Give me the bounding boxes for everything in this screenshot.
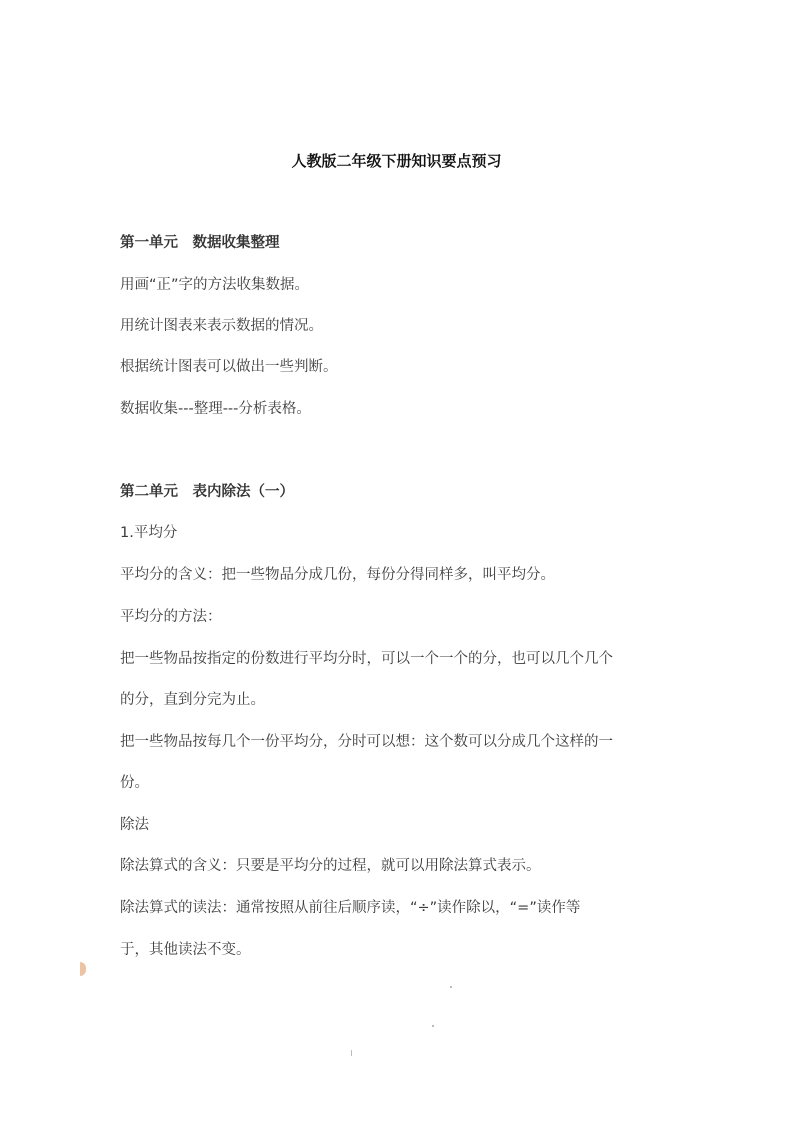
document-title: 人教版二年级下册知识要点预习 (0, 150, 793, 171)
subheading: 除法 (120, 815, 149, 835)
paragraph: 把一些物品按指定的份数进行平均分时，可以一个一个的分，也可以几个几个 (120, 649, 613, 669)
paragraph: 除法算式的含义：只要是平均分的过程，就可以用除法算式表示。 (120, 856, 541, 876)
paragraph: 数据收集---整理---分析表格。 (120, 399, 311, 419)
paragraph: 除法算式的读法：通常按照从前往后顺序读，“÷”读作除以，“=”读作等 (120, 898, 580, 918)
document-page: 人教版二年级下册知识要点预习 第一单元 数据收集整理 用画“正”字的方法收集数据… (0, 0, 793, 1122)
paragraph: 平均分的方法： (120, 607, 222, 627)
paragraph: 的分，直到分完为止。 (120, 690, 265, 710)
paragraph: 根据统计图表可以做出一些判断。 (120, 357, 338, 377)
paragraph: 平均分的含义：把一些物品分成几份，每份分得同样多，叫平均分。 (120, 565, 555, 585)
scan-artifact (80, 962, 86, 976)
paragraph: 用统计图表来表示数据的情况。 (120, 316, 323, 336)
paragraph: 用画“正”字的方法收集数据。 (120, 275, 309, 295)
paragraph: 于，其他读法不变。 (120, 940, 251, 960)
scan-speck (450, 986, 452, 988)
scan-speck (432, 1025, 434, 1027)
unit-1-heading: 第一单元 数据收集整理 (120, 233, 280, 253)
scan-speck (351, 1050, 352, 1056)
subheading: 1.平均分 (120, 523, 177, 543)
paragraph: 把一些物品按每几个一份平均分，分时可以想：这个数可以分成几个这样的一 (120, 732, 613, 752)
unit-2-heading: 第二单元 表内除法（一） (120, 482, 294, 502)
paragraph: 份。 (120, 773, 149, 793)
